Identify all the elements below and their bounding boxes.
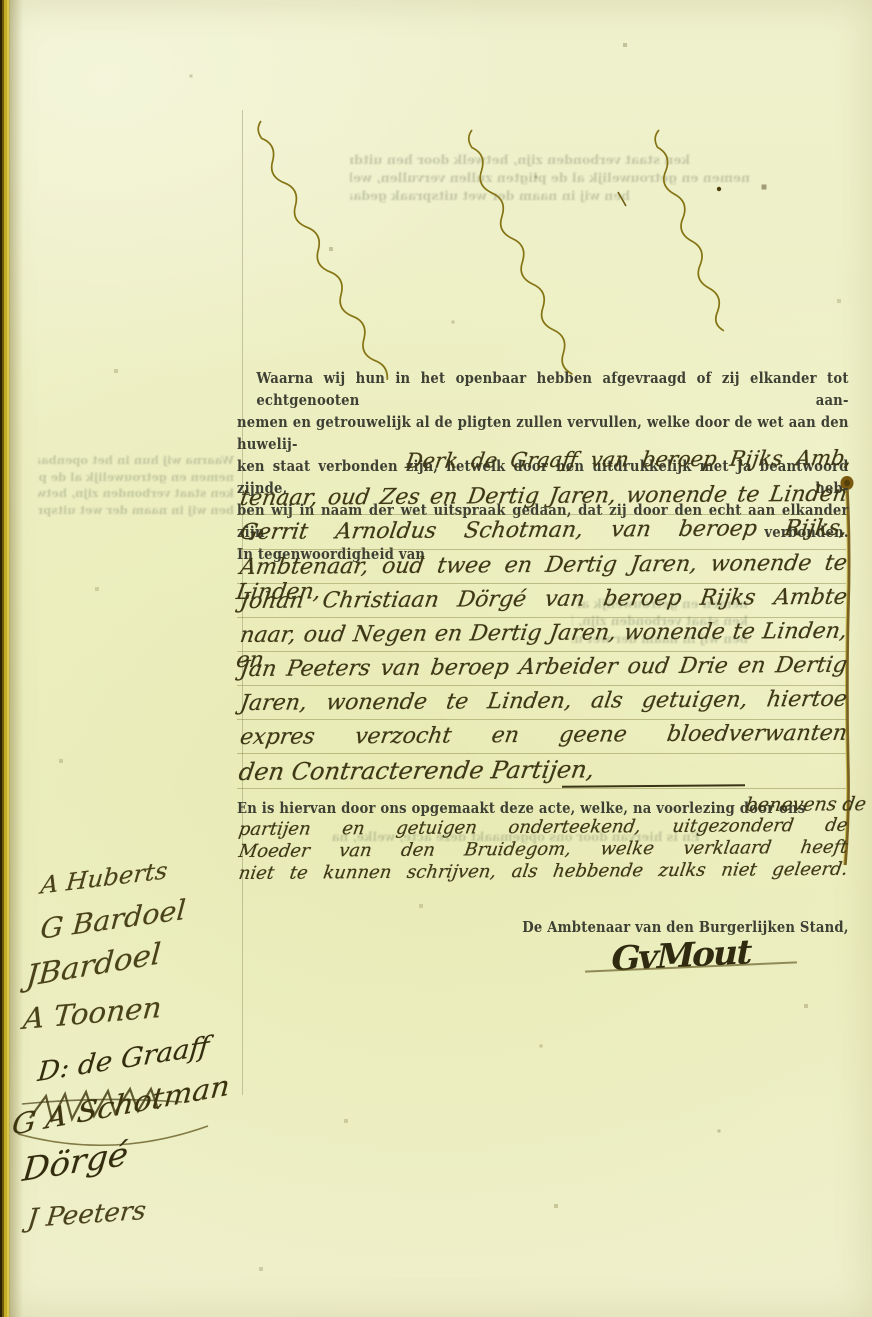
handwritten-line: expres verzocht en geene bloedverwanten — [237, 721, 849, 759]
handwritten-line: Jaren, wonende te Linden, als getuigen, … — [237, 687, 849, 725]
ink-dot — [717, 187, 721, 191]
bleedthrough-text: ken staat verbonden zijn, hetwelk door h… — [350, 151, 750, 215]
bleedthrough-line: Waarna wij hun in het openbaar hebben af… — [38, 452, 234, 469]
handwritten-closing-inline: benevens de — [744, 793, 868, 816]
bleedthrough-text: Waarna wij hun in het openbaar hebben af… — [38, 452, 234, 548]
printed-line: Waarna wij hun in het openbaar hebben af… — [237, 367, 849, 411]
handwritten-intro-inline: Derk de Graaff van beroep Rijks Amb, — [404, 446, 853, 473]
wavy-cancel-stroke-3 — [647, 130, 729, 334]
signature-g-bardoel: G Bardoel — [39, 893, 186, 945]
bleedthrough-line: nemen en getrouwelijk al de pligten zull… — [38, 469, 234, 486]
writing-rule — [237, 788, 846, 789]
ink-tick — [618, 192, 626, 206]
wavy-cancel-stroke-1 — [250, 120, 390, 386]
official-title: De Ambtenaar van den Burgerlijken Stand, — [237, 916, 849, 938]
signature-peeters: J Peeters — [26, 1196, 148, 1234]
signature-huberts: A Huberts — [40, 857, 169, 900]
bleedthrough-line: ken staat verbonden zijn, hetwelk door h… — [350, 151, 750, 169]
wavy-cancel-stroke-2 — [461, 129, 578, 378]
paper-specks — [0, 0, 2, 2]
bleedthrough-line: ken staat verbonden zijn, hetwelk door h… — [38, 485, 234, 502]
signature-toonen: A Toonen — [22, 990, 163, 1036]
bleedthrough-line: ben wij in naam der wet uitspraak gedaan… — [38, 502, 234, 519]
handwritten-line: den Contracterende Partijen, — [237, 756, 596, 786]
handwritten-line: Gerrit Arnoldus Schotman, van beroep Rij… — [237, 516, 849, 554]
register-page: ken staat verbonden zijn, hetwelk door h… — [0, 0, 872, 1317]
handwritten-closing-line: niet te kunnen schrijven, als hebbende z… — [237, 859, 849, 886]
handwritten-line: tenaar, oud Zes en Dertig Jaren, wonende… — [237, 482, 849, 520]
signature-dorge: Dörgé — [21, 1134, 130, 1189]
official-title-text: De Ambtenaar van den Burgerlijken Stand, — [237, 916, 849, 938]
handwritten-line: Johan Christiaan Dörgé van beroep Rijks … — [237, 585, 849, 623]
handwritten-line: naar, oud Negen en Dertig Jaren, wonende… — [237, 619, 849, 657]
bleedthrough-line: ben wij in naam der wet uitspraak gedaan… — [350, 187, 750, 205]
handwritten-line: Jan Peeters van beroep Arbeider oud Drie… — [237, 653, 849, 691]
signature-j-bardoel: JBardoel — [25, 937, 162, 994]
registrar-signature: GvMout — [607, 932, 754, 979]
handwritten-line: Ambtenaar, oud twee en Dertig Jaren, won… — [237, 551, 849, 589]
bleedthrough-line: nemen en getrouwelijk al de pligten zull… — [350, 169, 750, 187]
